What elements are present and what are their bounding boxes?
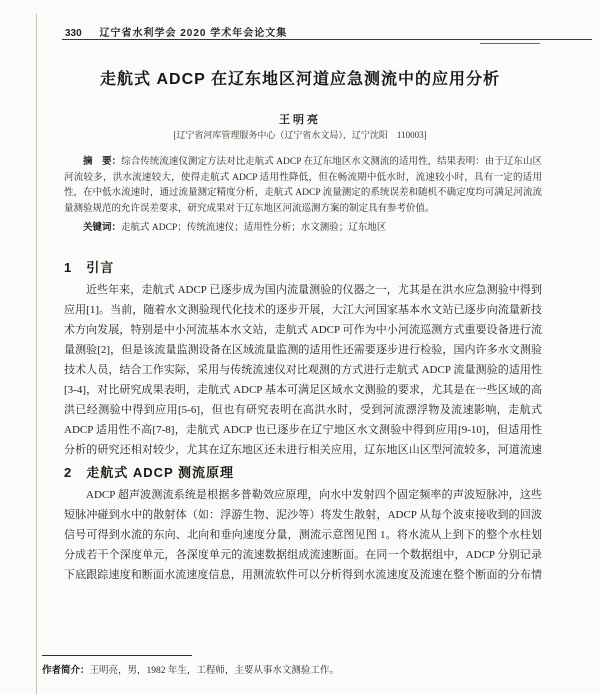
proceedings-title: 辽宁省水利学会 2020 学术年会论文集 (99, 28, 287, 39)
paper-title: 走航式 ADCP 在辽东地区河道应急测流中的应用分析 (40, 66, 560, 89)
abstract-text: 综合传统流速仪测定方法对比走航式 ADCP 在辽东地区水文测流的适用性，结果表明… (64, 157, 542, 214)
footnote-text: 王明亮，男，1982 年生，工程师，主要从事水文测验工作。 (90, 666, 339, 676)
author-affiliation: [辽宁省河库管理服务中心（辽宁省水文局），辽宁沈阳 110003] (40, 128, 560, 141)
section-1-heading: 1 引言 (64, 257, 114, 276)
header-rule-fragment (480, 43, 540, 44)
keywords-label: 关键词： (83, 222, 121, 233)
header-rule (62, 39, 592, 40)
section-1-paragraph: 近些年来，走航式 ADCP 已逐步成为国内流量测验的仪器之一，尤其是在洪水应急测… (64, 280, 542, 462)
scan-edge-line (36, 14, 37, 694)
abstract-paragraph: 摘 要：综合传统流速仪测定方法对比走航式 ADCP 在辽东地区水文测流的适用性，… (64, 154, 542, 218)
abstract-label: 摘 要： (83, 156, 121, 167)
page-header: 330 辽宁省水利学会 2020 学术年会论文集 (65, 24, 580, 39)
author-bio-footnote: 作者简介：王明亮，男，1982 年生，工程师，主要从事水文测验工作。 (42, 662, 542, 676)
page-number: 330 (65, 28, 82, 39)
footnote-label: 作者简介： (42, 665, 90, 676)
paper-page: 330 辽宁省水利学会 2020 学术年会论文集 走航式 ADCP 在辽东地区河… (0, 0, 600, 694)
keywords-line: 关键词：走航式 ADCP；传统流速仪；适用性分析；水文测验；辽东地区 (64, 219, 542, 233)
keywords-text: 走航式 ADCP；传统流速仪；适用性分析；水文测验；辽东地区 (121, 223, 386, 233)
footnote-rule (42, 655, 192, 656)
section-2-paragraph: ADCP 超声波测流系统是根据多普勒效应原理，向水中发射四个固定频率的声波短脉冲… (64, 485, 542, 587)
author-name: 王明亮 (40, 111, 560, 127)
section-2-heading: 2 走航式 ADCP 测流原理 (64, 462, 234, 481)
